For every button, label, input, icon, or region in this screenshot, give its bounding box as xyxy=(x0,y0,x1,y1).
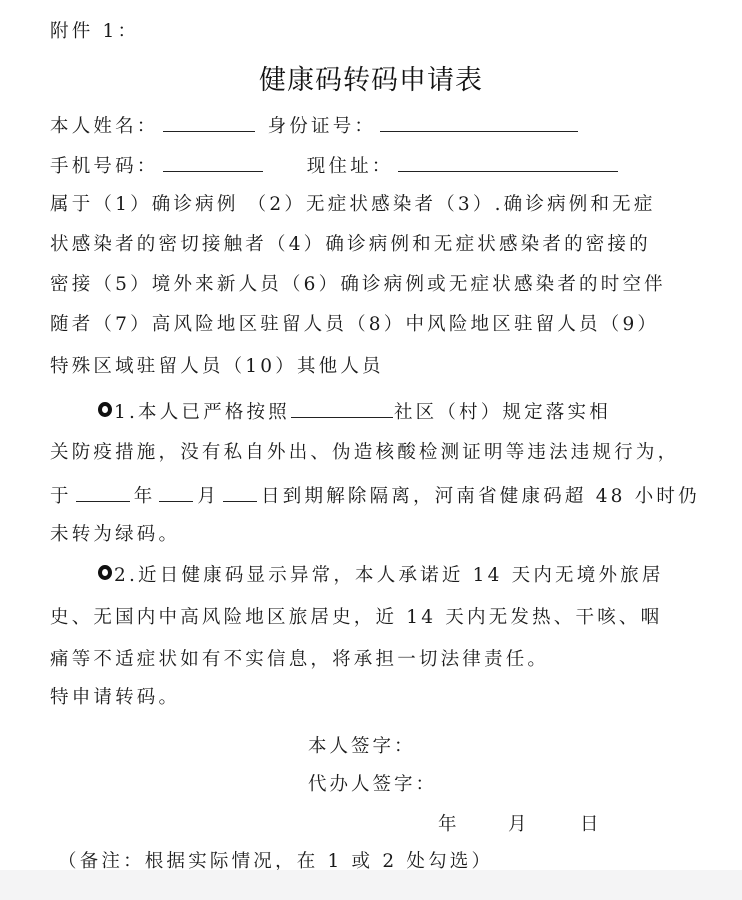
id-label: 身份证号： xyxy=(268,116,377,137)
option1-radio-icon[interactable] xyxy=(98,402,112,417)
phone-address-row: 手机号码： 现住址： xyxy=(50,153,622,179)
year-field[interactable] xyxy=(76,483,130,502)
option1-date-line: 于年月日到期解除隔离，河南省健康码超 48 小时仍 xyxy=(50,483,700,509)
sign-month: 月 xyxy=(508,810,530,836)
option2-line: 史、无国内中高风险地区旅居史，近 14 天内无发热、干咳、咽 xyxy=(50,606,662,630)
phone-field[interactable] xyxy=(163,153,263,172)
agent-signature-label: 代办人签字： xyxy=(308,770,437,796)
bottom-strip xyxy=(0,870,742,900)
option1-line: 未转为绿码。 xyxy=(50,523,180,547)
sign-year: 年 xyxy=(438,810,460,836)
page-title: 健康码转码申请表 xyxy=(0,58,742,97)
attachment-label: 附件 1： xyxy=(50,20,139,44)
option1-line: 1.本人已严格按照社区（村）规定落实相 xyxy=(98,399,611,425)
name-id-row: 本人姓名： 身份证号： xyxy=(50,113,582,139)
community-field[interactable] xyxy=(291,399,393,418)
request-line: 特申请转码。 xyxy=(50,686,180,710)
self-signature-label: 本人签字： xyxy=(308,732,416,758)
category-line: 特殊区域驻留人员（10）其他人员 xyxy=(50,355,384,379)
document-page: 附件 1： 健康码转码申请表 本人姓名： 身份证号： 手机号码： 现住址： 属于… xyxy=(0,0,742,870)
phone-label: 手机号码： xyxy=(50,156,159,177)
option2-radio-icon[interactable] xyxy=(98,565,112,580)
id-number-field[interactable] xyxy=(380,113,578,132)
day-field[interactable] xyxy=(223,483,257,502)
name-field[interactable] xyxy=(163,113,255,132)
sign-day: 日 xyxy=(580,810,602,836)
category-line: 状感染者的密切接触者（4）确诊病例和无症状感染者的密接的 xyxy=(50,233,651,257)
category-line: 密接（5）境外来新人员（6）确诊病例或无症状感染者的时空伴 xyxy=(50,273,666,297)
name-label: 本人姓名： xyxy=(50,116,159,137)
address-field[interactable] xyxy=(398,153,618,172)
option2-line: 痛等不适症状如有不实信息，将承担一切法律责任。 xyxy=(50,648,549,672)
option1-line: 关防疫措施，没有私自外出、伪造核酸检测证明等违法违规行为， xyxy=(50,441,679,465)
month-field[interactable] xyxy=(159,483,193,502)
address-label: 现住址： xyxy=(307,156,394,177)
category-line: 随者（7）高风险地区驻留人员（8）中风险地区驻留人员（9） xyxy=(50,313,659,337)
category-line: 属于（1）确诊病例 （2）无症状感染者（3）.确诊病例和无症 xyxy=(50,193,656,217)
option2-line: 2.近日健康码显示异常，本人承诺近 14 天内无境外旅居 xyxy=(98,564,664,588)
